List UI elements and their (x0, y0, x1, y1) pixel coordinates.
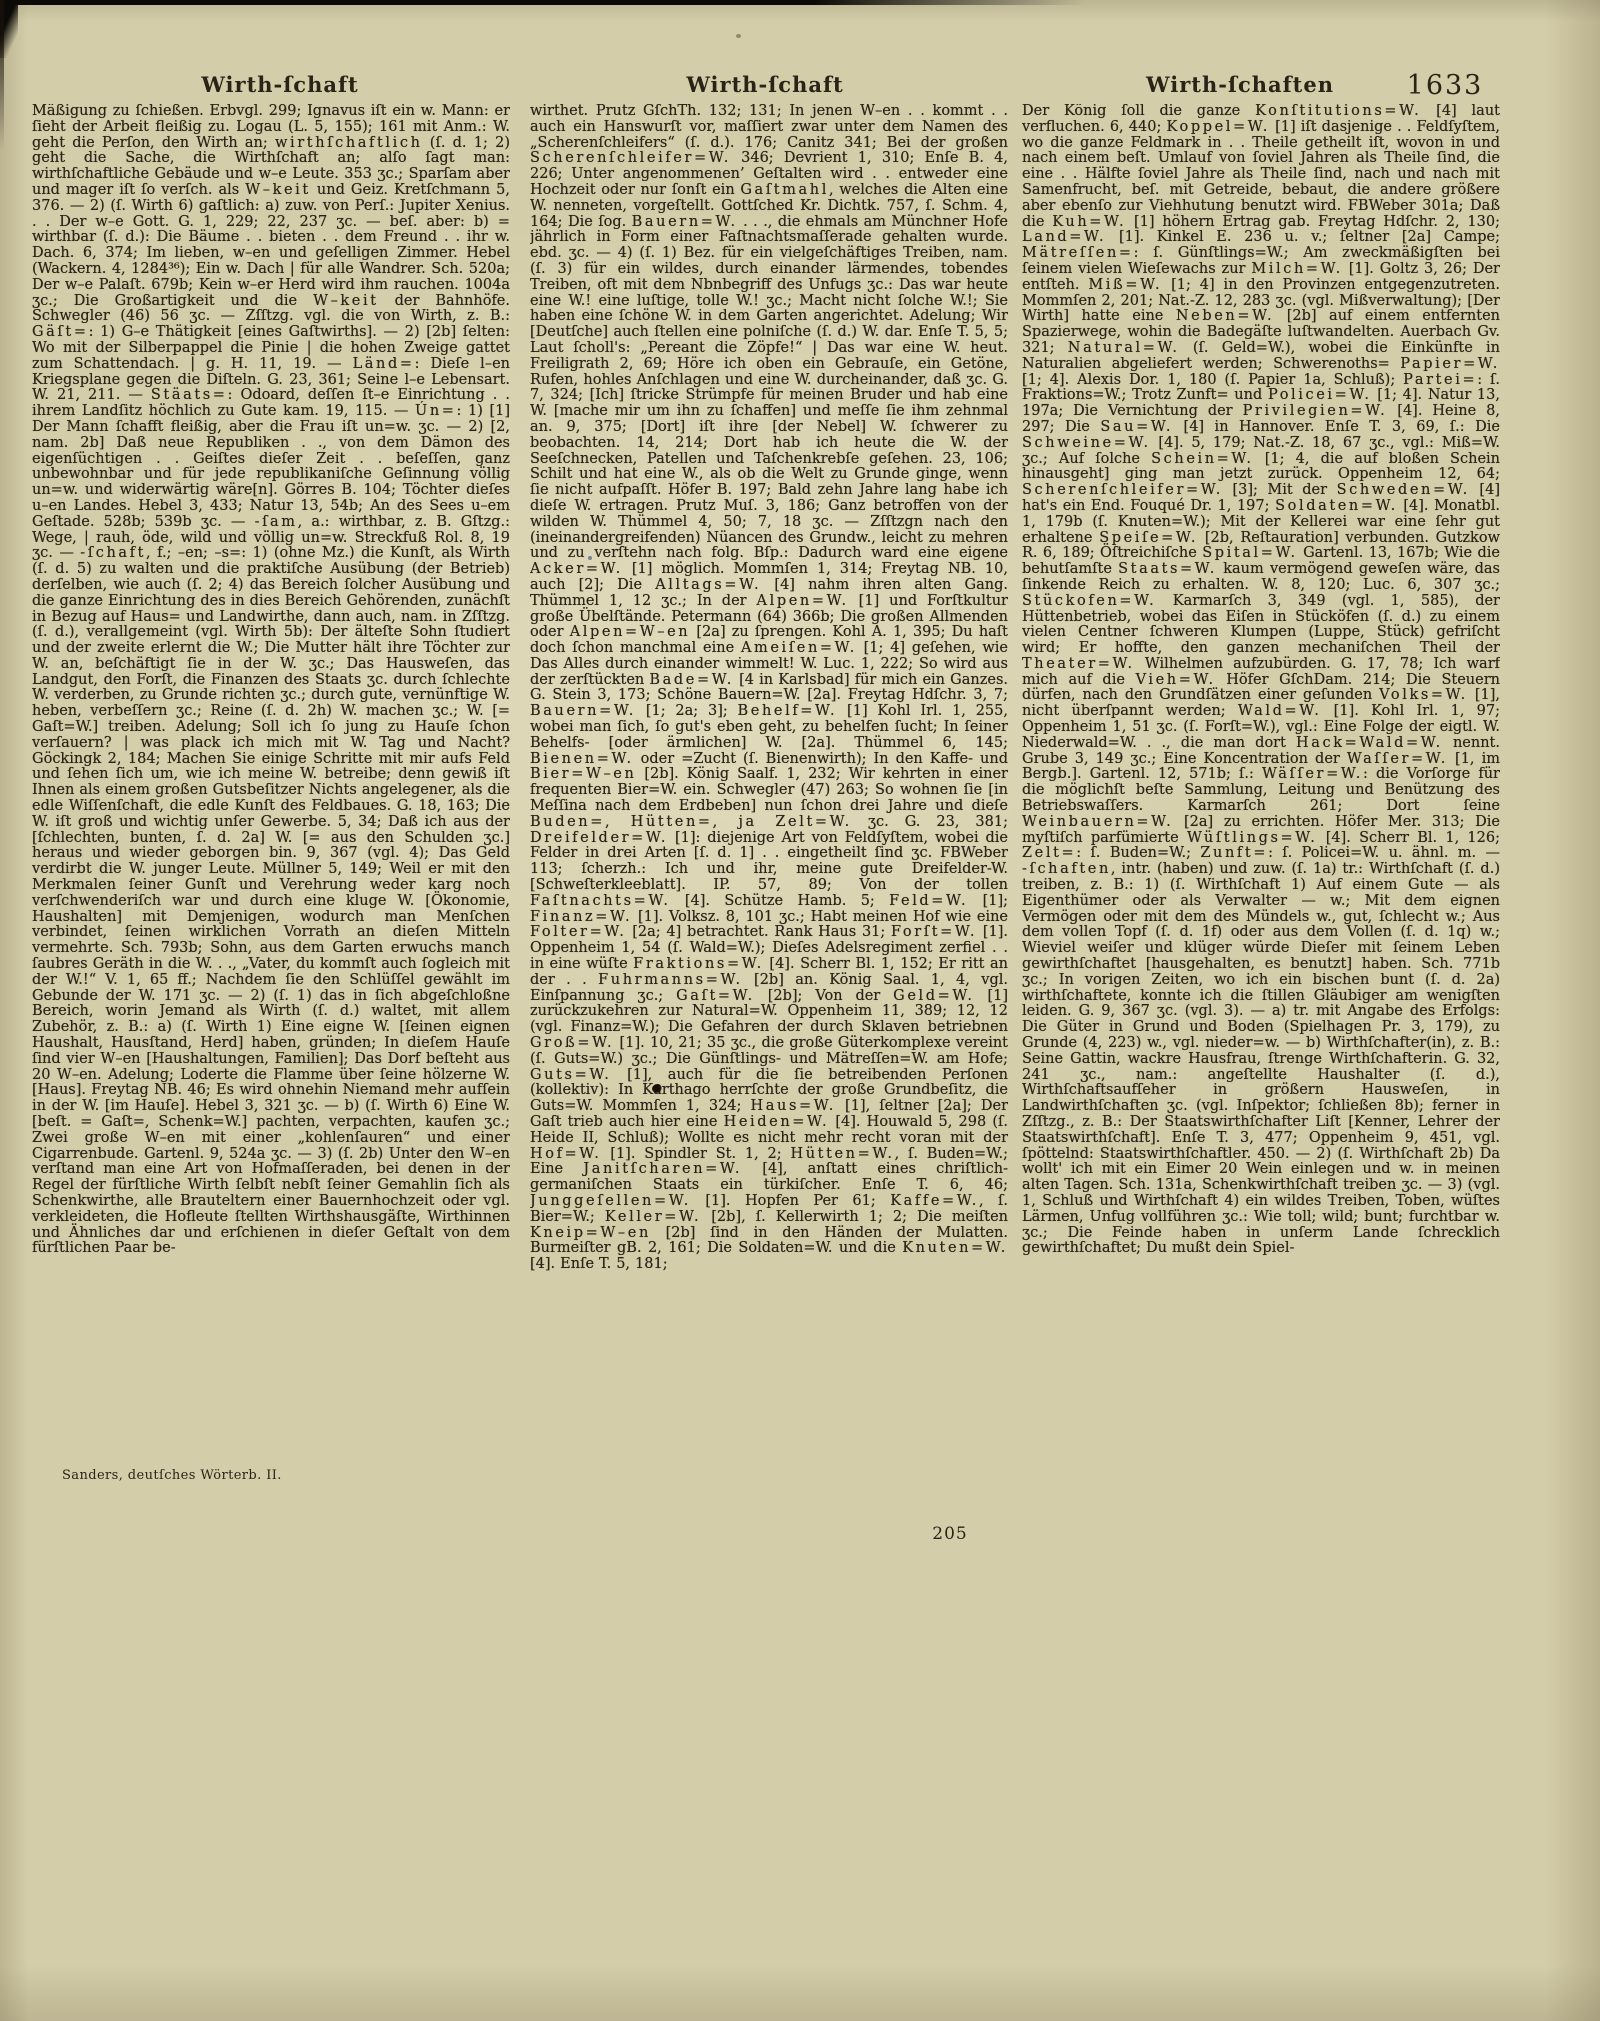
scan-artifact-top-edge (0, 0, 1085, 5)
running-head-center: Wirth-ſchaft (645, 72, 885, 97)
running-head-right: Wirth-ſchaften (1115, 72, 1365, 97)
page-number: 1633 (1375, 70, 1515, 101)
text-column-1: Mäßigung zu ſchießen. Erbvgl. 299; Ignav… (32, 104, 510, 1479)
running-head: Wirth-ſchaft Wirth-ſchaft Wirth-ſchaften… (0, 72, 1600, 106)
text-column-3: Der König ſoll die ganze Konſtitutions=W… (1022, 104, 1500, 1479)
running-head-left: Wirth-ſchaft (160, 72, 400, 97)
text-column-2: wirthet. Prutz GſchTh. 132; 131; In jene… (530, 104, 1008, 1479)
ink-speck-header (736, 34, 741, 38)
text-columns: Mäßigung zu ſchießen. Erbvgl. 299; Ignav… (32, 104, 1507, 1479)
sheet-number: 205 (895, 1524, 1005, 1544)
volume-signature: Sanders, deutſches Wörterb. II. (62, 1468, 282, 1483)
dictionary-page: Wirth-ſchaft Wirth-ſchaft Wirth-ſchaften… (0, 0, 1600, 2021)
scan-artifact-corner (0, 0, 18, 58)
